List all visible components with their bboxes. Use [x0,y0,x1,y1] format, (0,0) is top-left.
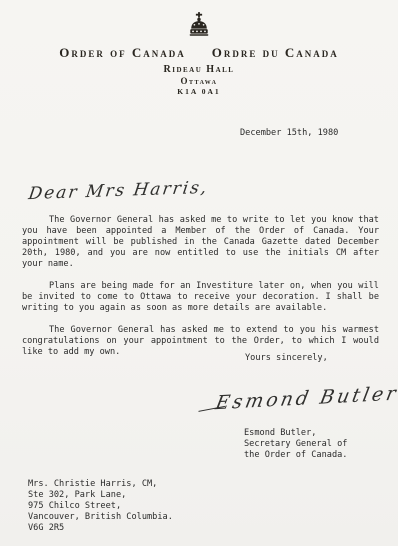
letterhead-postal-code: K1A 0A1 [0,87,398,96]
recipient-city: Vancouver, British Columbia. [28,512,173,523]
org-name-english: Order of Canada [59,45,186,61]
signer-title-line-1: Secretary General of [244,439,347,450]
recipient-name: Mrs. Christie Harris, CM, [28,479,173,490]
scanned-letter-page: Order of Canada Ordre du Canada Rideau H… [0,0,398,546]
recipient-suite: Ste 302, Park Lane, [28,490,173,501]
valediction: Yours sincerely, [245,353,328,364]
body-paragraph-2: Plans are being made for an Investiture … [22,281,379,314]
recipient-postal-code: V6G 2R5 [28,523,173,534]
letterhead-hall: Rideau Hall [0,64,398,75]
recipient-address: Mrs. Christie Harris, CM, Ste 302, Park … [28,479,173,534]
letterhead: Order of Canada Ordre du Canada Rideau H… [0,12,398,96]
handwritten-signature: Esmond Butler [214,382,398,414]
org-name-french: Ordre du Canada [212,45,339,61]
signer-title-line-2: the Order of Canada. [244,450,347,461]
recipient-street: 975 Chilco Street, [28,501,173,512]
letter-body: The Governor General has asked me to wri… [22,215,379,369]
signer-block: Esmond Butler, Secretary General of the … [244,428,347,461]
letterhead-city: Ottawa [0,76,398,86]
handwritten-salutation: Dear Mrs Harris, [27,178,210,204]
letter-date: December 15th, 1980 [240,128,338,139]
royal-crown-icon [188,12,210,37]
body-paragraph-1: The Governor General has asked me to wri… [22,215,379,270]
signer-name: Esmond Butler, [244,428,347,439]
organization-names: Order of Canada Ordre du Canada [0,45,398,61]
